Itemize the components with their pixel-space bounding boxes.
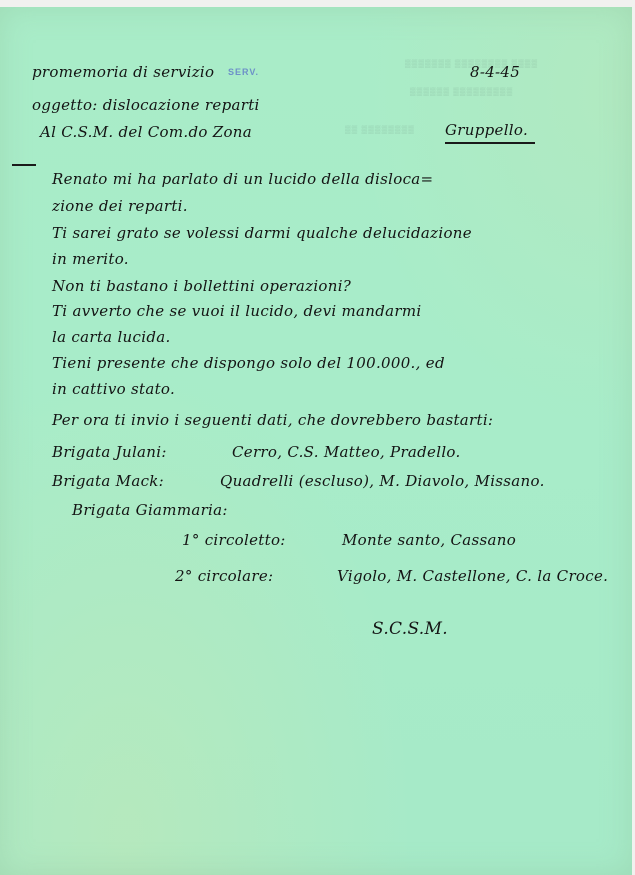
faint-letterhead-2: ▒▒▒▒▒▒ ▒▒▒▒▒▒▒▒▒ (410, 87, 513, 96)
brigade-mack-locations: Quadrelli (escluso), M. Diavolo, Missano… (220, 472, 545, 490)
paper-sheet: ▒▒▒▒▒▒▒ ▒▒▒▒▒▒▒▒ ▒▒▒▒ ▒▒▒▒▒▒ ▒▒▒▒▒▒▒▒▒ ▒… (0, 7, 632, 875)
memo-date: 8-4-45 (470, 63, 520, 81)
body-line-1: Renato mi ha parlato di un lucido della … (52, 170, 433, 188)
memo-sender: Gruppello. (445, 121, 528, 139)
memo-recipient-line: Al C.S.M. del Com.do Zona (40, 123, 252, 141)
sub-circle-1-locations: Monte santo, Cassano (342, 531, 516, 549)
body-line-10: Per ora ti invio i seguenti dati, che do… (52, 411, 493, 429)
brigade-julani-name: Brigata Julani: (52, 443, 167, 461)
body-line-3: Ti sarei grato se volessi darmi qualche … (52, 224, 472, 242)
brigade-julani-locations: Cerro, C.S. Matteo, Pradello. (232, 443, 461, 461)
faint-letterhead-3: ▒▒ ▒▒▒▒▒▒▒▒ (345, 125, 415, 134)
sub-circle-2-locations: Vigolo, M. Castellone, C. la Croce. (337, 567, 608, 585)
body-line-4: in merito. (52, 250, 129, 268)
body-line-6: Ti avverto che se vuoi il lucido, devi m… (52, 302, 422, 320)
brigade-mack-name: Brigata Mack: (52, 472, 164, 490)
signature: S.C.S.M. (372, 619, 448, 639)
body-line-8: Tieni presente che dispongo solo del 100… (52, 354, 445, 372)
separator-dash (12, 164, 36, 166)
body-line-5: Non ti bastano i bollettini operazioni? (52, 277, 351, 295)
body-line-2: zione dei reparti. (52, 197, 188, 215)
sub-circle-2-label: 2° circolare: (175, 567, 273, 585)
memo-subject-line: oggetto: dislocazione reparti (32, 96, 260, 114)
ink-stamp: SERV. (228, 67, 262, 85)
scanned-document: ▒▒▒▒▒▒▒ ▒▒▒▒▒▒▒▒ ▒▒▒▒ ▒▒▒▒▒▒ ▒▒▒▒▒▒▒▒▒ ▒… (0, 0, 635, 875)
sub-circle-1-label: 1° circoletto: (182, 531, 286, 549)
memo-type-line: promemoria di servizio (32, 63, 214, 81)
body-line-7: la carta lucida. (52, 328, 171, 346)
body-line-9: in cattivo stato. (52, 380, 175, 398)
brigade-giammaria-name: Brigata Giammaria: (72, 501, 228, 519)
sender-underline (445, 142, 535, 144)
